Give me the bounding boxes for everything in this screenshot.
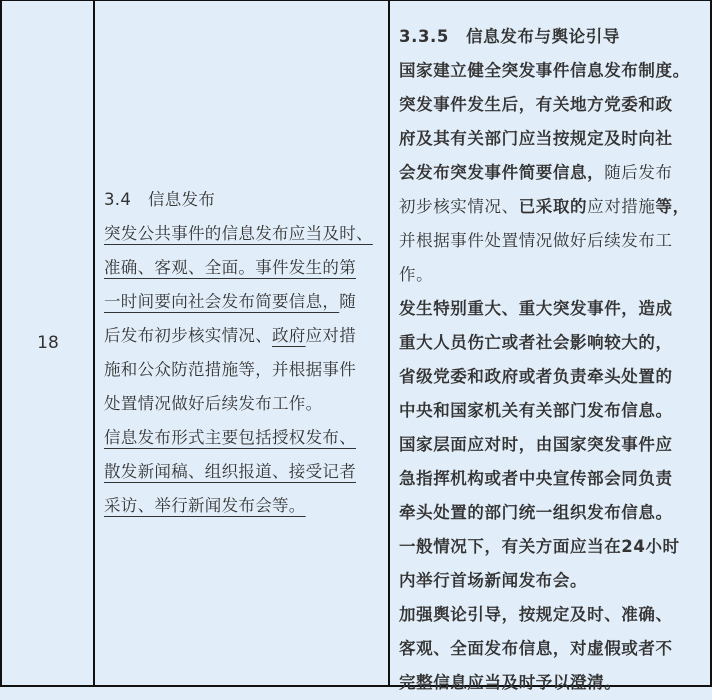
original-line: 施和公众防范措施等，并根据事件 [104, 353, 389, 387]
revised-text-cell: 3.3.5 信息发布与舆论引导 国家建立健全突发事件信息发布制度。突发事件发生后… [391, 1, 712, 685]
original-text-cell: 3.4 信息发布 突发公共事件的信息发布应当及时、准确、客观、全面。事件发生的第… [96, 1, 389, 685]
revised-text-segment: 省级党委和政府或者负责牵头处置的 [399, 367, 673, 386]
original-text-segment: 后发布初步核实情况、 [104, 326, 272, 345]
revised-line: 内举行首场新闻发布会。 [399, 564, 712, 598]
revised-text-segment: 初步核实情况、 [399, 197, 519, 216]
revised-text-segment: 国家层面应对时，由国家突发事件应 [399, 435, 673, 454]
original-text-segment: 信息发布形式主要包括授权发布、 [104, 428, 356, 447]
original-text-segment: 政府 [272, 326, 306, 345]
revised-line: 府及其有关部门应当按规定及时向社 [399, 122, 712, 156]
original-heading: 3.4 信息发布 [104, 183, 389, 217]
revised-text-segment: 内举行首场新闻发布会。 [399, 571, 587, 590]
revised-line: 国家建立健全突发事件信息发布制度。 [399, 54, 712, 88]
revised-line: 省级党委和政府或者负责牵头处置的 [399, 360, 712, 394]
revised-text-segment: 国家建立健全突发事件信息发布制度。 [399, 61, 690, 80]
revised-line: 会发布突发事件简要信息，随后发布 [399, 156, 712, 190]
original-line: 处置情况做好后续发布工作。 [104, 387, 389, 421]
revised-text-segment: 中央和国家机关有关部门发布信息。 [399, 401, 673, 420]
revised-text-segment: 并根据事件处置情况做好后续发布工 [399, 231, 673, 250]
revised-text-segment: 急指挥机构或者中央宣传部会同负责 [399, 469, 673, 488]
original-text-segment: 随 [339, 292, 356, 311]
revised-line: 中央和国家机关有关部门发布信息。 [399, 394, 712, 428]
original-text-segment: 处置情况做好后续发布工作。 [104, 394, 322, 413]
revised-line: 急指挥机构或者中央宣传部会同负责 [399, 462, 712, 496]
revised-text-segment: 突发事件发生后，有关地方党委和政 [399, 95, 673, 114]
revised-text-segment: 加强舆论引导，按规定及时、准确、 [399, 605, 673, 624]
original-line: 散发新闻稿、组织报道、接受记者 [104, 455, 389, 489]
revised-text-segment: 等， [656, 197, 690, 216]
revised-text-segment: 作。 [399, 265, 433, 284]
revised-line: 完整信息应当及时予以澄清。 [399, 666, 712, 687]
original-text-segment: 一时间要向社会发布简要信息， [104, 292, 339, 311]
revised-text-segment: 已采取的 [519, 197, 587, 216]
original-text-segment: 采访、举行新闻发布会等。 [104, 496, 306, 515]
original-line: 采访、举行新闻发布会等。 [104, 489, 389, 523]
revised-heading: 3.3.5 信息发布与舆论引导 [399, 20, 712, 54]
revised-text-segment: 府及其有关部门应当按规定及时向社 [399, 129, 673, 148]
revised-text-segment: 牵头处置的部门统一组织发布信息。 [399, 503, 673, 522]
revised-line: 一般情况下，有关方面应当在24小时 [399, 530, 712, 564]
revised-line: 初步核实情况、已采取的应对措施等， [399, 190, 712, 224]
original-line: 一时间要向社会发布简要信息，随 [104, 285, 389, 319]
comparison-table-row: 18 3.4 信息发布 突发公共事件的信息发布应当及时、准确、客观、全面。事件发… [0, 0, 712, 687]
revised-line: 突发事件发生后，有关地方党委和政 [399, 88, 712, 122]
row-number: 18 [37, 333, 59, 353]
revised-text-segment: 客观、全面发布信息，对虚假或者不 [399, 639, 673, 658]
revised-text-segment: 完整信息应当及时予以澄清。 [399, 673, 621, 687]
revised-text-segment: 重大人员伤亡或者社会影响较大的， [399, 333, 673, 352]
original-text-segment: 施和公众防范措施等，并根据事件 [104, 360, 356, 379]
row-number-cell: 18 [2, 1, 94, 685]
original-line: 准确、客观、全面。事件发生的第 [104, 251, 389, 285]
revised-line: 牵头处置的部门统一组织发布信息。 [399, 496, 712, 530]
revised-line: 国家层面应对时，由国家突发事件应 [399, 428, 712, 462]
original-text-segment: 应对措 [306, 326, 356, 345]
original-line: 信息发布形式主要包括授权发布、 [104, 421, 389, 455]
revised-text-segment: 随后发布 [604, 163, 672, 182]
revised-line: 重大人员伤亡或者社会影响较大的， [399, 326, 712, 360]
revised-text-segment: 发生特别重大、重大突发事件，造成 [399, 299, 673, 318]
original-text-segment: 突发公共事件的信息发布应当及时、 [104, 224, 373, 243]
revised-body: 国家建立健全突发事件信息发布制度。突发事件发生后，有关地方党委和政府及其有关部门… [399, 54, 712, 687]
original-text-segment: 散发新闻稿、组织报道、接受记者 [104, 462, 356, 481]
revised-line: 并根据事件处置情况做好后续发布工 [399, 224, 712, 258]
revised-text-segment: 会发布突发事件简要信息， [399, 163, 604, 182]
original-line: 后发布初步核实情况、政府应对措 [104, 319, 389, 353]
revised-text-segment: 一般情况下，有关方面应当在24小时 [399, 537, 680, 556]
revised-line: 加强舆论引导，按规定及时、准确、 [399, 598, 712, 632]
original-text-segment: 准确、客观、全面。事件发生的第 [104, 258, 356, 277]
revised-text-segment: 应对措施 [587, 197, 655, 216]
original-line: 突发公共事件的信息发布应当及时、 [104, 217, 389, 251]
revised-line: 发生特别重大、重大突发事件，造成 [399, 292, 712, 326]
original-body: 突发公共事件的信息发布应当及时、准确、客观、全面。事件发生的第一时间要向社会发布… [104, 217, 389, 523]
revised-line: 客观、全面发布信息，对虚假或者不 [399, 632, 712, 666]
revised-line: 作。 [399, 258, 712, 292]
